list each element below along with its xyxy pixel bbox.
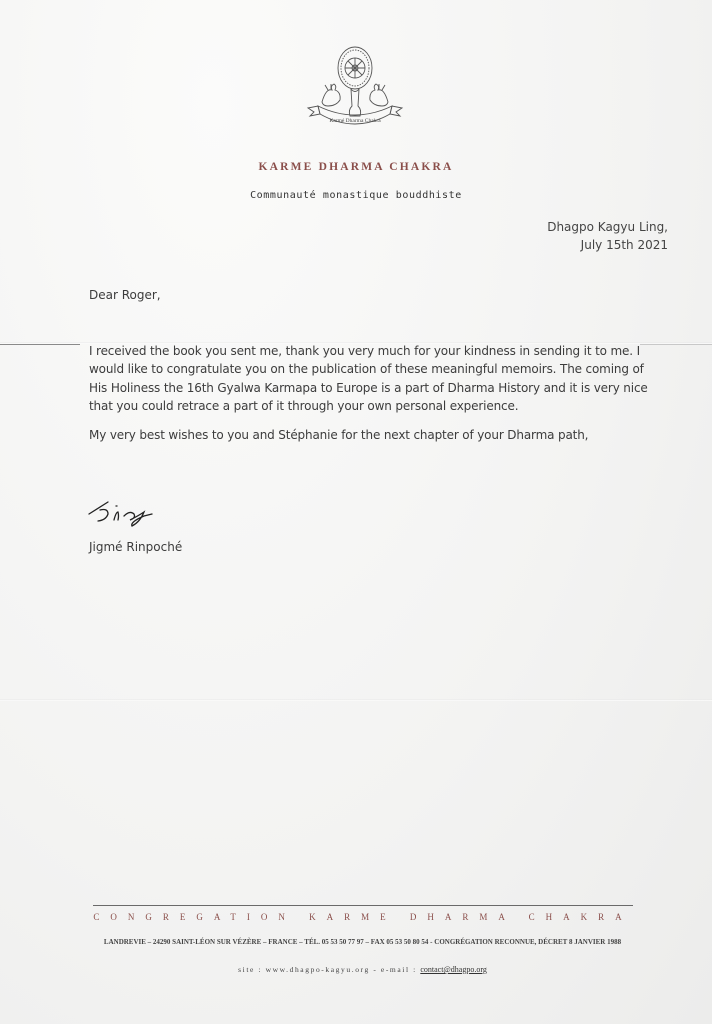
- fold-edge-line: [640, 344, 712, 345]
- footer-site-label: site : www.dhagpo-kagyu.org - e-mail :: [238, 965, 417, 974]
- salutation: Dear Roger,: [89, 288, 161, 302]
- footer-divider: [93, 905, 633, 906]
- paper-fold: [0, 699, 712, 701]
- letter-date: July 15th 2021: [547, 236, 668, 254]
- dharma-wheel-logo-icon: Karmé Dharma Chakra: [300, 44, 410, 139]
- organization-title: KARME DHARMA CHAKRA: [0, 161, 712, 173]
- footer-organization-name: CONGREGATION KARME DHARMA CHAKRA: [93, 911, 633, 924]
- svg-text:Karmé Dharma Chakra: Karmé Dharma Chakra: [329, 118, 381, 124]
- footer-address: LANDREVIE – 24290 SAINT-LÉON SUR VÉZÈRE …: [90, 936, 635, 948]
- place-date-block: Dhagpo Kagyu Ling, July 15th 2021: [547, 218, 668, 254]
- fold-edge-line: [0, 344, 80, 345]
- signer-name: Jigmé Rinpoché: [89, 540, 182, 554]
- footer-email-link[interactable]: contact@dhagpo.org: [420, 965, 487, 974]
- footer-contact: site : www.dhagpo-kagyu.org - e-mail : c…: [90, 965, 635, 974]
- organization-subtitle: Communauté monastique bouddhiste: [0, 190, 712, 201]
- letter-body: I received the book you sent me, thank y…: [89, 342, 649, 415]
- handwritten-signature-icon: [86, 492, 186, 532]
- closing-wishes: My very best wishes to you and Stéphanie…: [89, 428, 588, 442]
- letter-place: Dhagpo Kagyu Ling,: [547, 218, 668, 236]
